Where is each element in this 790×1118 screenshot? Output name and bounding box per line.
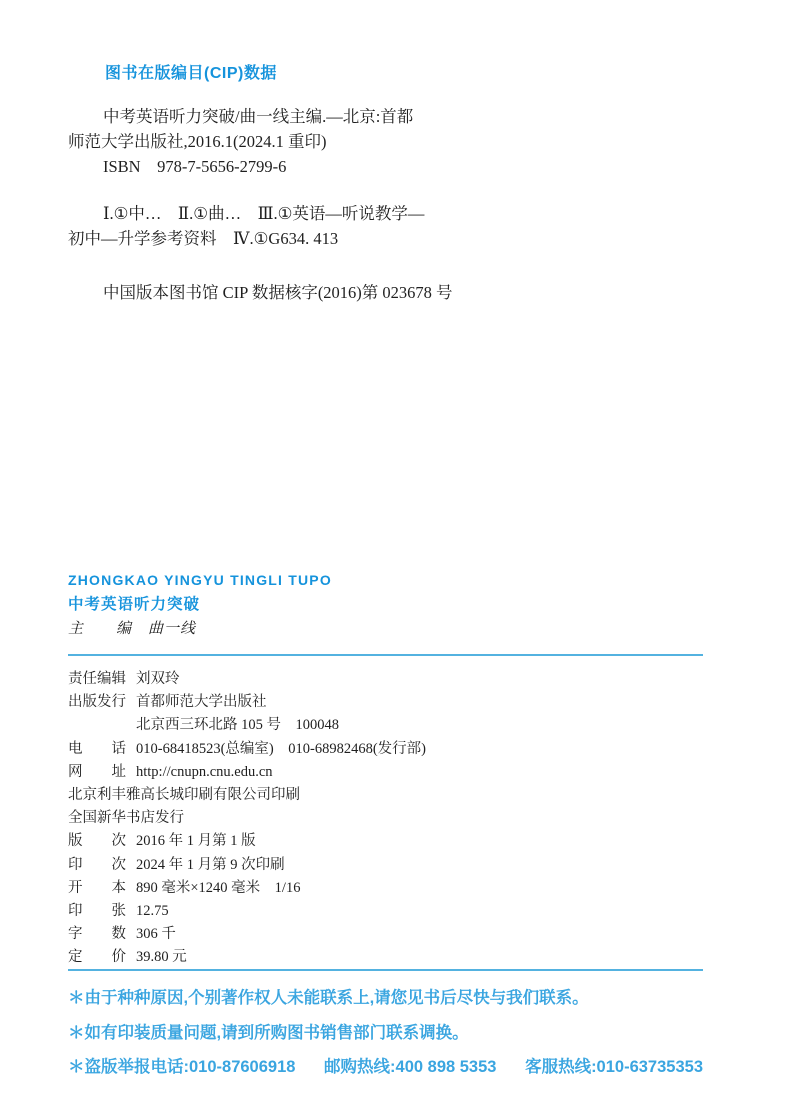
colophon-label: 网 址 — [68, 761, 126, 784]
colophon-value: 2016 年 1 月第 1 版 — [136, 830, 256, 853]
colophon-row-wordcount: 字 数 306 千 — [68, 923, 728, 946]
cip-classification-line: 初中—升学参考资料 Ⅳ.①G634. 413 — [68, 226, 688, 251]
colophon-row-edition: 版 次 2016 年 1 月第 1 版 — [68, 830, 728, 853]
romanized-title: ZHONGKAO YINGYU TINGLI TUPO — [68, 572, 332, 588]
colophon-value: 39.80 元 — [136, 946, 187, 969]
website-url: http://cnupn.cnu.edu.cn — [136, 761, 273, 784]
cip-record-line: 师范大学出版社,2016.1(2024.1 重印) — [68, 129, 688, 154]
copyright-contact-note: ＊由于种种原因,个别著作权人未能联系上,请您见书后尽快与我们联系。 — [68, 984, 708, 1008]
colophon-row-publisher: 出版发行 首都师范大学出版社 — [68, 691, 728, 714]
cip-registry-text: 中国版本图书馆 CIP 数据核字(2016)第 023678 号 — [68, 280, 688, 305]
colophon-row-editor: 责任编辑 刘双玲 — [68, 668, 728, 691]
colophon-row-sheets: 印 张 12.75 — [68, 900, 728, 923]
bottom-divider-line — [68, 969, 703, 971]
colophon-label: 版 次 — [68, 830, 126, 853]
colophon-row-website: 网 址 http://cnupn.cnu.edu.cn — [68, 761, 728, 784]
colophon-row-distributor: 全国新华书店发行 — [68, 807, 728, 830]
publisher-notes: ＊由于种种原因,个别著作权人未能联系上,请您见书后尽快与我们联系。 ＊如有印装质… — [68, 984, 708, 1077]
colophon-value: 12.75 — [136, 900, 169, 923]
colophon-label: 责任编辑 — [68, 668, 126, 691]
colophon-row-printer: 北京利丰雅高长城印刷有限公司印刷 — [68, 784, 728, 807]
editor-label: 主 编 — [68, 621, 132, 637]
isbn-line: ISBN 978-7-5656-2799-6 — [68, 154, 688, 179]
piracy-hotline: ＊盗版举报电话:010-87606918 — [68, 1053, 295, 1077]
hotline-row: ＊盗版举报电话:010-87606918 邮购热线:400 898 5353 客… — [68, 1053, 703, 1077]
colophon-row-phone: 电 话 010-68418523(总编室) 010-68982468(发行部) — [68, 738, 728, 761]
colophon-block: 责任编辑 刘双玲 出版发行 首都师范大学出版社 北京西三环北路 105 号 10… — [68, 668, 728, 970]
top-divider-line — [68, 654, 703, 656]
colophon-label: 电 话 — [68, 738, 126, 761]
colophon-label: 出版发行 — [68, 691, 126, 714]
colophon-value: 010-68418523(总编室) 010-68982468(发行部) — [136, 738, 426, 761]
colophon-label: 印 张 — [68, 900, 126, 923]
cip-record-line: 中考英语听力突破/曲一线主编.—北京:首都 — [68, 104, 688, 129]
print-quality-note: ＊如有印装质量问题,请到所购图书销售部门联系调换。 — [68, 1019, 708, 1043]
cip-registry-line: 中国版本图书馆 CIP 数据核字(2016)第 023678 号 — [68, 280, 688, 305]
colophon-label: 字 数 — [68, 923, 126, 946]
colophon-value: 306 千 — [136, 923, 176, 946]
mail-order-hotline: 邮购热线:400 898 5353 — [324, 1053, 496, 1077]
cip-classification-line: Ⅰ.①中… Ⅱ.①曲… Ⅲ.①英语—听说教学— — [68, 201, 688, 226]
colophon-label: 印 次 — [68, 854, 126, 877]
colophon-label: 开 本 — [68, 877, 126, 900]
colophon-label: 定 价 — [68, 946, 126, 969]
cip-classification-block: Ⅰ.①中… Ⅱ.①曲… Ⅲ.①英语—听说教学— 初中—升学参考资料 Ⅳ.①G63… — [68, 201, 688, 251]
colophon-value: 890 毫米×1240 毫米 1/16 — [136, 877, 300, 900]
colophon-value: 首都师范大学出版社 — [136, 691, 267, 714]
colophon-value: 2024 年 1 月第 9 次印刷 — [136, 854, 285, 877]
cip-record-block: 中考英语听力突破/曲一线主编.—北京:首都 师范大学出版社,2016.1(202… — [68, 104, 688, 179]
cip-heading: 图书在版编目(CIP)数据 — [105, 60, 277, 83]
colophon-value: 刘双玲 — [136, 668, 180, 691]
editor-line: 主 编曲一线 — [68, 617, 196, 638]
colophon-row-format: 开 本 890 毫米×1240 毫米 1/16 — [68, 877, 728, 900]
colophon-row-printing: 印 次 2024 年 1 月第 9 次印刷 — [68, 854, 728, 877]
book-title: 中考英语听力突破 — [68, 592, 200, 614]
colophon-row-address: 北京西三环北路 105 号 100048 — [68, 714, 728, 737]
editor-name: 曲一线 — [148, 621, 196, 637]
customer-service-hotline: 客服热线:010-63735353 — [525, 1053, 703, 1077]
colophon-row-price: 定 价 39.80 元 — [68, 946, 728, 969]
book-copyright-page: 图书在版编目(CIP)数据 中考英语听力突破/曲一线主编.—北京:首都 师范大学… — [0, 0, 790, 1118]
